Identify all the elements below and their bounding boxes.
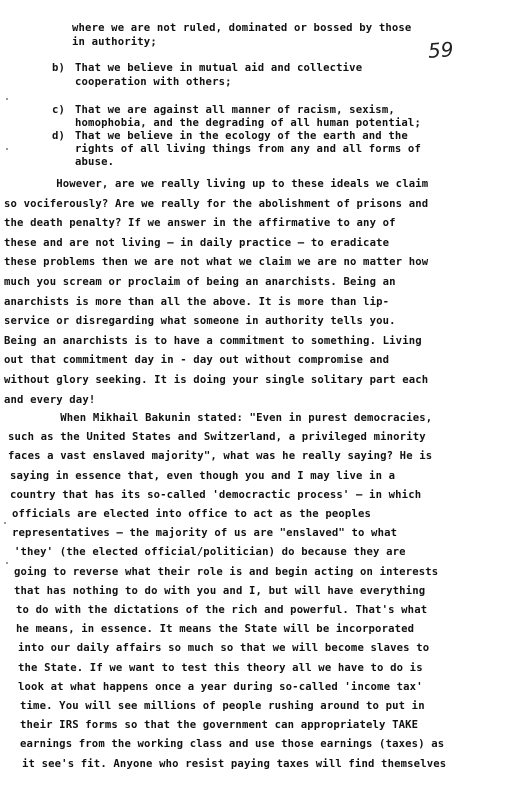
- paragraph-line: 'they' (the elected official/politician)…: [14, 546, 406, 558]
- paragraph-line: earnings from the working class and use …: [20, 738, 444, 750]
- list-item-text: That we are against all manner of racism…: [75, 104, 395, 116]
- paragraph-line: country that has its so-called 'democrac…: [10, 489, 421, 501]
- document-page: 59 where we are not ruled, dominated or …: [0, 0, 525, 812]
- paragraph-line: Being an anarchists is to have a commitm…: [4, 335, 422, 347]
- paragraph-line: into our daily affairs so much so that w…: [18, 642, 429, 654]
- scan-speck: [6, 148, 8, 150]
- paragraph-line: officials are elected into office to act…: [12, 508, 371, 520]
- page-number: 59: [427, 37, 454, 63]
- paragraph-line: When Mikhail Bakunin stated: "Even in pu…: [8, 412, 432, 424]
- paragraph-line: look at what happens once a year during …: [18, 681, 423, 693]
- paragraph-line: faces a vast enslaved majority", what wa…: [8, 450, 432, 462]
- list-item-text: rights of all living things from any and…: [75, 143, 421, 155]
- list-item-text: in authority;: [72, 36, 157, 48]
- scan-speck: [6, 562, 8, 564]
- list-item-text: homophobia, and the degrading of all hum…: [75, 117, 421, 129]
- paragraph-line: and every day!: [4, 394, 95, 406]
- paragraph-line: he means, in essence. It means the State…: [16, 623, 414, 635]
- list-marker: c): [52, 104, 65, 116]
- paragraph-line: that has nothing to do with you and I, b…: [14, 585, 425, 597]
- list-marker: d): [52, 130, 65, 142]
- paragraph-line: the death penalty? If we answer in the a…: [4, 217, 396, 229]
- paragraph-line: service or disregarding what someone in …: [4, 315, 396, 327]
- paragraph-line: to do with the dictations of the rich an…: [16, 604, 427, 616]
- paragraph-line: much you scream or proclaim of being an …: [4, 276, 396, 288]
- scan-speck: [6, 98, 8, 100]
- list-item-text: cooperation with others;: [75, 76, 232, 88]
- paragraph-line: such as the United States and Switzerlan…: [8, 431, 426, 443]
- list-item-text: where we are not ruled, dominated or bos…: [72, 22, 411, 34]
- paragraph-line: these and are not living — in daily prac…: [4, 237, 389, 249]
- list-item-text: That we believe in the ecology of the ea…: [75, 130, 408, 142]
- list-item-text: That we believe in mutual aid and collec…: [75, 62, 362, 74]
- paragraph-line: without glory seeking. It is doing your …: [4, 374, 428, 386]
- paragraph-line: representatives — the majority of us are…: [12, 527, 397, 539]
- paragraph-line: going to reverse what their role is and …: [14, 566, 438, 578]
- paragraph-line: However, are we really living up to thes…: [4, 178, 428, 190]
- list-marker: b): [52, 62, 65, 74]
- paragraph-line: anarchists is more than all the above. I…: [4, 296, 389, 308]
- scan-speck: [4, 522, 6, 524]
- paragraph-line: the State. If we want to test this theor…: [18, 662, 423, 674]
- paragraph-line: so vociferously? Are we really for the a…: [4, 198, 428, 210]
- paragraph-line: their IRS forms so that the government c…: [20, 719, 418, 731]
- paragraph-line: time. You will see millions of people ru…: [20, 700, 425, 712]
- paragraph-line: out that commitment day in - day out wit…: [4, 354, 389, 366]
- paragraph-line: it see's fit. Anyone who resist paying t…: [22, 758, 446, 770]
- list-item-text: abuse.: [75, 156, 114, 168]
- paragraph-line: saying in essence that, even though you …: [10, 470, 395, 482]
- paragraph-line: these problems then we are not what we c…: [4, 256, 428, 268]
